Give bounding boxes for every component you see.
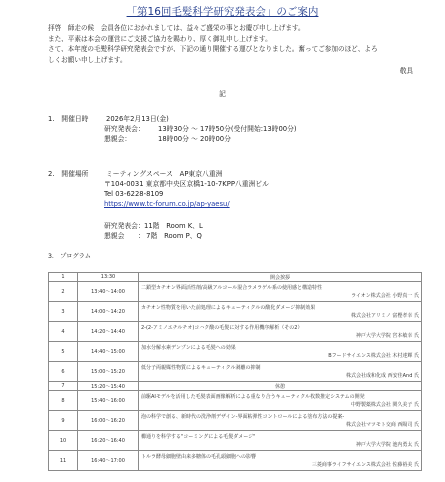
table-row: 4 14:20～14:40 2-(2-アミノエチルチオ)コハク酸の毛髪に対する作…: [49, 322, 422, 342]
greeting-paragraph: 拝啓 師走の候 会員各位におかれましては、益々ご盛栄の事とお慶び申し上げます。 …: [48, 23, 418, 65]
row-title: 泡の科学で創る、新時代の洗浄剤デザイン-界面粘弾性コントロールによる塗布方法の提…: [141, 413, 419, 421]
room-presentation-row: 研究発表会：11階 Room K、L: [104, 221, 203, 231]
row-content: 泡の科学で創る、新時代の洗浄剤デザイン-界面粘弾性コントロールによる塗布方法の提…: [139, 411, 422, 431]
row-title: 二鎖型カチオン界面活性剤/高級アルコール混合ラメラゲル系の使用感と構造特性: [141, 284, 419, 292]
row-title: 開会挨拶: [139, 273, 422, 282]
row-content: 前駆AIモデルを活用した毛髪表面画像解析による重なり合うキューティクル枚数推定シ…: [139, 391, 422, 411]
row-title: 休憩: [139, 382, 422, 391]
row-presenter: Bフードサイエンス株式会社 木村達輝 氏: [141, 352, 419, 360]
room-party-label: 懇親会 ：: [104, 231, 144, 241]
room-party-row: 懇親会 ： 7階 Room P、Q: [104, 231, 203, 241]
section-venue-label: 2. 開催場所: [48, 169, 106, 179]
ki-heading: 記: [0, 88, 445, 98]
row-content: 二鎖型カチオン界面活性剤/高級アルコール混合ラメラゲル系の使用感と構造特性ライオ…: [139, 282, 422, 302]
program-table: 1 13:30 開会挨拶 2 13:40～14:00 二鎖型カチオン界面活性剤/…: [48, 272, 422, 471]
venue-tel: Tel 03-6228-8109: [104, 189, 269, 199]
row-title: トルラ酵母細胞壁由来多糖体の毛孔頭細胞への影響: [141, 453, 419, 461]
row-number: 2: [49, 282, 78, 302]
table-row: 9 16:00～16:20 泡の科学で創る、新時代の洗浄剤デザイン-界面粘弾性コ…: [49, 411, 422, 431]
row-title: 低分子両親媒性物質によるキューティクル剥離の抑制: [141, 364, 419, 372]
row-content: 櫛通りを科学する"コーミングによる毛髪ダメージ"神戸大学大学院 池内勇太 氏: [139, 431, 422, 451]
table-row: 1 13:30 開会挨拶: [49, 273, 422, 282]
party-label: 懇親会：: [104, 134, 158, 144]
row-presenter: 中野製薬株式会社 関久美子 氏: [141, 401, 419, 409]
row-content: 加水分解水素デンプンによる毛髪への効果Bフードサイエンス株式会社 木村達輝 氏: [139, 342, 422, 362]
row-number: 8: [49, 391, 78, 411]
room-presentation-label: 研究発表会：: [104, 221, 144, 231]
row-number: 3: [49, 302, 78, 322]
row-title: 前駆AIモデルを活用した毛髪表面画像解析による重なり合うキューティクル枚数推定シ…: [141, 393, 419, 401]
greeting-line: さて、本年度の毛髪科学研究発表会ですが、下記の通り開催する運びとなりました。奮っ…: [48, 44, 418, 55]
row-number: 9: [49, 411, 78, 431]
section-program: 3. プログラム: [48, 252, 91, 262]
row-presenter: 神戸大学大学院 池内勇太 氏: [141, 441, 419, 449]
presentation-time-row: 研究発表会：13時30分 ～ 17時50分(受付開始:13時00分): [104, 124, 297, 134]
party-time-row: 懇親会：18時00分 ～ 20時00分: [104, 134, 297, 144]
row-title: 櫛通りを科学する"コーミングによる毛髪ダメージ": [141, 433, 419, 441]
row-time: 13:40～14:00: [78, 282, 139, 302]
greeting-line: しくお願い申し上げます。: [48, 55, 418, 66]
room-party: 7階 Room P、Q: [144, 232, 202, 240]
event-date: 2026年2月13日(金): [106, 115, 169, 123]
row-time: 15:40～16:00: [78, 391, 139, 411]
row-time: 16:40～17:00: [78, 451, 139, 471]
presentation-time: 13時30分 ～ 17時50分(受付開始:13時00分): [158, 125, 297, 133]
row-time: 15:00～15:20: [78, 362, 139, 382]
table-row: 2 13:40～14:00 二鎖型カチオン界面活性剤/高級アルコール混合ラメラゲ…: [49, 282, 422, 302]
greeting-line: 拝啓 師走の候 会員各位におかれましては、益々ご盛栄の事とお慶び申し上げます。: [48, 23, 418, 34]
row-number: 10: [49, 431, 78, 451]
row-time: 14:40～15:00: [78, 342, 139, 362]
closing-word: 敬具: [400, 65, 413, 75]
table-row: 6 15:00～15:20 低分子両親媒性物質によるキューティクル剥離の抑制株式…: [49, 362, 422, 382]
row-presenter: 三菱商事ライフサイエンス株式会社 佐藤裕美 氏: [141, 461, 419, 469]
table-row: 7 15:20～15:40 休憩: [49, 382, 422, 391]
row-number: 6: [49, 362, 78, 382]
row-time: 14:20～14:40: [78, 322, 139, 342]
row-title: 2-(2-アミノエチルチオ)コハク酸の毛髪に対する作用機序解析（その2）: [141, 324, 419, 332]
row-presenter: 株式会社マツモト交商 西陽司 氏: [141, 421, 419, 429]
section-venue: 2. 開催場所ミーティングスペース AP東京八重洲: [48, 169, 222, 179]
venue-name: ミーティングスペース AP東京八重洲: [106, 170, 222, 178]
row-content: トルラ酵母細胞壁由来多糖体の毛孔頭細胞への影響三菱商事ライフサイエンス株式会社 …: [139, 451, 422, 471]
row-title: カチオン性物質を用いた前処理によるキューティクルの酸化ダメージ抑制効果: [141, 304, 419, 312]
presentation-label: 研究発表会：: [104, 124, 158, 134]
page-title: 「第16回毛髪科学研究発表会」のご案内: [0, 4, 445, 19]
table-row: 8 15:40～16:00 前駆AIモデルを活用した毛髪表面画像解析による重なり…: [49, 391, 422, 411]
table-row: 10 16:20～16:40 櫛通りを科学する"コーミングによる毛髪ダメージ"神…: [49, 431, 422, 451]
row-content: 低分子両親媒性物質によるキューティクル剥離の抑制株式会社成和化成 西安佳And …: [139, 362, 422, 382]
row-title: 加水分解水素デンプンによる毛髪への効果: [141, 344, 419, 352]
venue-details: 〒104-0031 東京都中央区京橋1-10-7KPP八重洲ビル Tel 03-…: [104, 179, 269, 209]
row-presenter: 神戸大学大学院 宮本敏幸 氏: [141, 332, 419, 340]
row-number: 1: [49, 273, 78, 282]
row-presenter: 株式会社アリミノ 富樫孝幸 氏: [141, 312, 419, 320]
party-time: 18時00分 ～ 20時00分: [158, 135, 231, 143]
venue-url-link[interactable]: https://www.tc-forum.co.jp/ap-yaesu/: [104, 199, 269, 209]
row-time: 15:20～15:40: [78, 382, 139, 391]
section-date: 1. 開催日時2026年2月13日(金): [48, 114, 169, 124]
schedule-block: 研究発表会：13時30分 ～ 17時50分(受付開始:13時00分) 懇親会：1…: [104, 124, 297, 144]
table-row: 3 14:00～14:20 カチオン性物質を用いた前処理によるキューティクルの酸…: [49, 302, 422, 322]
table-row: 11 16:40～17:00 トルラ酵母細胞壁由来多糖体の毛孔頭細胞への影響三菱…: [49, 451, 422, 471]
row-time: 16:20～16:40: [78, 431, 139, 451]
row-number: 7: [49, 382, 78, 391]
room-presentation: 11階 Room K、L: [144, 222, 203, 230]
row-presenter: ライオン株式会社 小野真一 氏: [141, 292, 419, 300]
row-time: 13:30: [78, 273, 139, 282]
row-time: 14:00～14:20: [78, 302, 139, 322]
row-number: 11: [49, 451, 78, 471]
row-presenter: 株式会社成和化成 西安佳And 氏: [141, 372, 419, 380]
row-content: カチオン性物質を用いた前処理によるキューティクルの酸化ダメージ抑制効果株式会社ア…: [139, 302, 422, 322]
row-number: 5: [49, 342, 78, 362]
row-content: 2-(2-アミノエチルチオ)コハク酸の毛髪に対する作用機序解析（その2）神戸大学…: [139, 322, 422, 342]
table-row: 5 14:40～15:00 加水分解水素デンプンによる毛髪への効果Bフードサイエ…: [49, 342, 422, 362]
title-text: 「第16回毛髪科学研究発表会」のご案内: [127, 6, 319, 18]
row-number: 4: [49, 322, 78, 342]
room-details: 研究発表会：11階 Room K、L 懇親会 ： 7階 Room P、Q: [104, 221, 203, 241]
row-time: 16:00～16:20: [78, 411, 139, 431]
greeting-line: また、平素は本会の運営にご支援ご協力を賜わり、厚く御礼申し上げます。: [48, 34, 418, 45]
venue-address: 〒104-0031 東京都中央区京橋1-10-7KPP八重洲ビル: [104, 179, 269, 189]
section-date-label: 1. 開催日時: [48, 114, 106, 124]
